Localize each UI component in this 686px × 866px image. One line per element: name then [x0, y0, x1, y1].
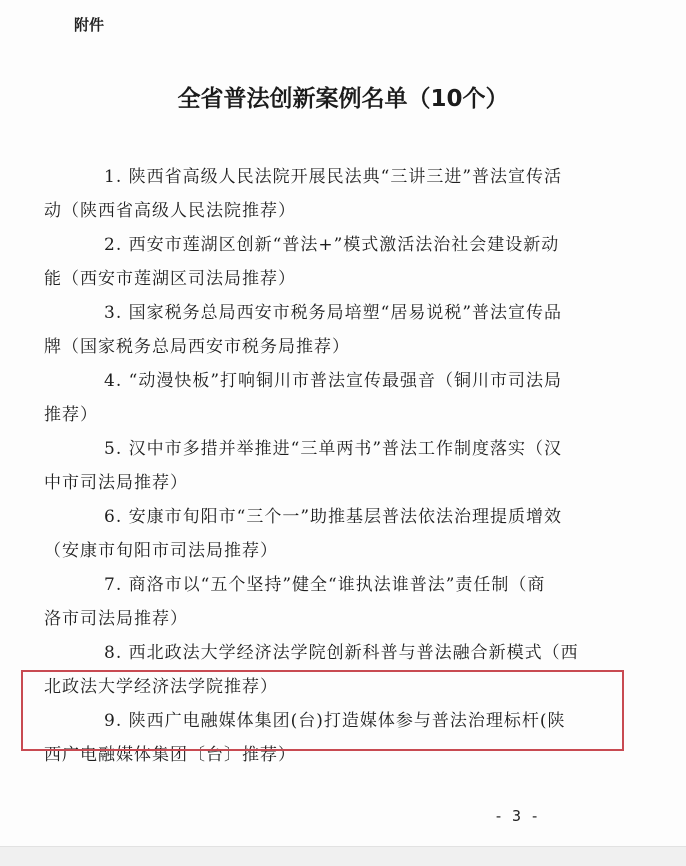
- item-number: 5.: [104, 439, 122, 459]
- item-number: 7.: [104, 575, 122, 595]
- item-number: 8.: [104, 643, 122, 663]
- item-text: 陕西省高级人民法院开展民法典“三讲三进”普法宣传活: [129, 167, 562, 187]
- item-line-1: 2. 西安市莲湖区创新“普法+”模式激活法治社会建设新动: [44, 228, 584, 262]
- page-number: - 3 -: [494, 807, 539, 825]
- item-text: 国家税务总局西安市税务局培塑“居易说税”普法宣传品: [129, 303, 562, 323]
- attachment-label: 附件: [74, 14, 104, 35]
- list-item: 2. 西安市莲湖区创新“普法+”模式激活法治社会建设新动 能（西安市莲湖区司法局…: [44, 228, 584, 296]
- item-text: 西安市莲湖区创新“普法+”模式激活法治社会建设新动: [129, 235, 560, 255]
- document-page: 附件 全省普法创新案例名单（10个） 1. 陕西省高级人民法院开展民法典“三讲三…: [0, 0, 686, 846]
- item-number: 6.: [104, 507, 122, 527]
- item-text: 商洛市以“五个坚持”健全“谁执法谁普法”责任制（商: [129, 575, 546, 595]
- list-item: 5. 汉中市多措并举推进“三单两书”普法工作制度落实（汉 中市司法局推荐）: [44, 432, 584, 500]
- item-number: 4.: [104, 371, 122, 391]
- list-item: 6. 安康市旬阳市“三个一”助推基层普法依法治理提质增效 （安康市旬阳市司法局推…: [44, 500, 584, 568]
- list-item: 4. “动漫快板”打响铜川市普法宣传最强音（铜川市司法局 推荐）: [44, 364, 584, 432]
- document-title: 全省普法创新案例名单（10个）: [0, 80, 686, 113]
- item-line-2: （安康市旬阳市司法局推荐）: [44, 534, 584, 568]
- item-line-2: 推荐）: [44, 398, 584, 432]
- item-text: 安康市旬阳市“三个一”助推基层普法依法治理提质增效: [129, 507, 562, 527]
- item-text: 西北政法大学经济法学院创新科普与普法融合新模式（西: [129, 643, 579, 663]
- item-line-2: 牌（国家税务总局西安市税务局推荐）: [44, 330, 584, 364]
- item-number: 1.: [104, 167, 122, 187]
- item-number: 3.: [104, 303, 122, 323]
- item-line-1: 8. 西北政法大学经济法学院创新科普与普法融合新模式（西: [44, 636, 584, 670]
- highlight-box: [21, 670, 624, 751]
- item-line-2: 动（陕西省高级人民法院推荐）: [44, 194, 584, 228]
- list-item: 7. 商洛市以“五个坚持”健全“谁执法谁普法”责任制（商 洛市司法局推荐）: [44, 568, 584, 636]
- item-line-1: 1. 陕西省高级人民法院开展民法典“三讲三进”普法宣传活: [44, 160, 584, 194]
- list-item: 1. 陕西省高级人民法院开展民法典“三讲三进”普法宣传活 动（陕西省高级人民法院…: [44, 160, 584, 228]
- item-line-1: 3. 国家税务总局西安市税务局培塑“居易说税”普法宣传品: [44, 296, 584, 330]
- item-line-2: 洛市司法局推荐）: [44, 602, 584, 636]
- item-line-1: 4. “动漫快板”打响铜川市普法宣传最强音（铜川市司法局: [44, 364, 584, 398]
- item-line-2: 中市司法局推荐）: [44, 466, 584, 500]
- list-item: 3. 国家税务总局西安市税务局培塑“居易说税”普法宣传品 牌（国家税务总局西安市…: [44, 296, 584, 364]
- item-number: 2.: [104, 235, 122, 255]
- item-line-1: 7. 商洛市以“五个坚持”健全“谁执法谁普法”责任制（商: [44, 568, 584, 602]
- item-text: “动漫快板”打响铜川市普法宣传最强音（铜川市司法局: [129, 371, 562, 391]
- bottom-band: [0, 846, 686, 866]
- item-line-2: 能（西安市莲湖区司法局推荐）: [44, 262, 584, 296]
- item-text: 汉中市多措并举推进“三单两书”普法工作制度落实（汉: [129, 439, 562, 459]
- item-line-1: 6. 安康市旬阳市“三个一”助推基层普法依法治理提质增效: [44, 500, 584, 534]
- item-line-1: 5. 汉中市多措并举推进“三单两书”普法工作制度落实（汉: [44, 432, 584, 466]
